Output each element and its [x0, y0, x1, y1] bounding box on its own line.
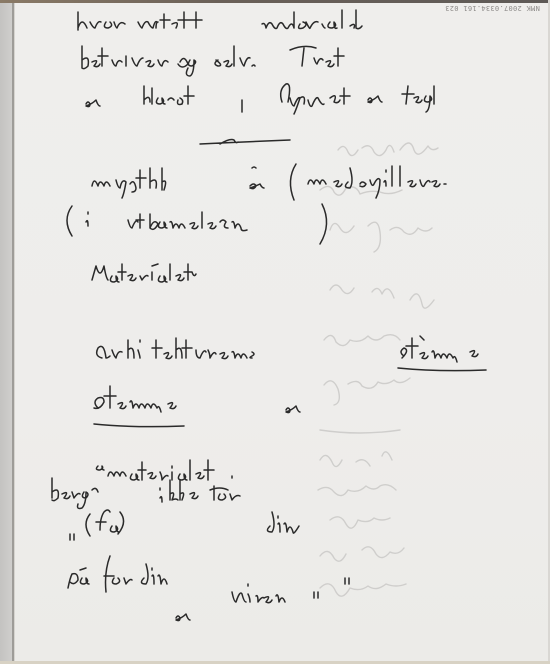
handwriting-line-11	[52, 476, 240, 536]
handwriting-line-13	[176, 584, 318, 621]
handwriting-layer	[0, 0, 550, 664]
handwriting-line-6	[67, 204, 327, 244]
handwriting-line-12	[68, 512, 349, 592]
handwriting-line-5	[92, 164, 446, 200]
handwriting-line-10	[96, 460, 214, 480]
handwriting-line-9	[94, 386, 300, 427]
handwriting-line-7	[92, 264, 196, 282]
handwriting-line-1	[78, 10, 362, 30]
handwriting-line-2	[82, 46, 344, 76]
handwriting-line-3	[86, 84, 434, 114]
handwriting-line-4	[200, 140, 290, 145]
handwriting-line-8	[97, 336, 486, 371]
